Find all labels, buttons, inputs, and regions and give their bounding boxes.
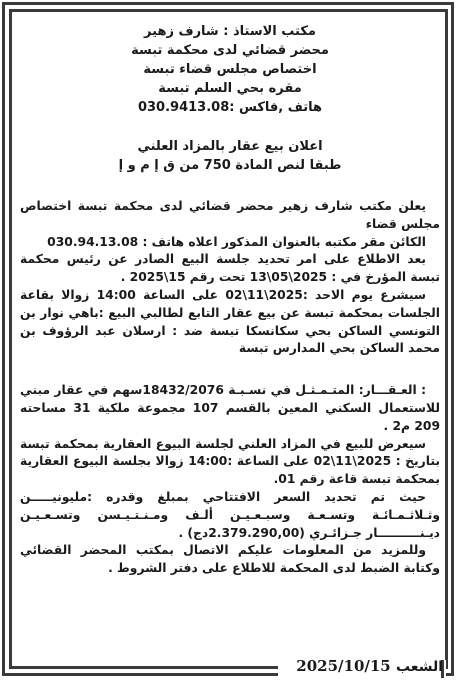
announcement-content: مكتب الاستاذ : شارف زهير محضر قضائي لدى …: [20, 22, 440, 578]
office-role: محضر قضائي لدى محكمة تبسة: [20, 41, 440, 60]
publication-footer: الشعب 2025/10/15: [283, 654, 443, 678]
price-paragraph: حيث تم تحديد السعر الافتتاحي بمبلغ وقدره…: [20, 489, 440, 542]
intro-paragraph: يعلن مكتب شارف زهير محضر قضائي لدى محكمة…: [20, 198, 440, 234]
newspaper-name: الشعب: [396, 659, 443, 675]
office-address: مقره بحي السلم تبسة: [20, 79, 440, 98]
announcement-title: اعلان بيع عقار بالمزاد العلني طبقا لنص ا…: [20, 137, 440, 175]
publication-date: 2025/10/15: [296, 657, 390, 675]
title-line-1: اعلان بيع عقار بالمزاد العلني: [20, 137, 440, 156]
office-phone: هاتف ,فاكس :030.9413.08: [20, 98, 440, 117]
office-jurisdiction: اختصاص مجلس قضاء تبسة: [20, 60, 440, 79]
order-paragraph: بعد الاطلاع على امر تحديد جلسة البيع الص…: [20, 251, 440, 287]
session-paragraph: سيشرع يوم الاحد :2025\11\02 على الساعة 1…: [20, 287, 440, 358]
auction-paragraph: سيعرض للبيع في المزاد العلني لجلسة البيو…: [20, 436, 440, 489]
contact-paragraph: وللمزيد من المعلومات عليكم الاتصال بمكتب…: [20, 542, 440, 578]
office-name: مكتب الاستاذ : شارف زهير: [20, 22, 440, 41]
office-header: مكتب الاستاذ : شارف زهير محضر قضائي لدى …: [20, 22, 440, 117]
address-paragraph: الكائن مقر مكتبه بالعنوان المذكور اعلاه …: [20, 234, 440, 252]
title-line-2: طبقا لنص المادة 750 من ق إ م و إ: [20, 156, 440, 175]
property-paragraph: : العـقـــار: المتـمـثـل في نسـبـة 18432…: [20, 382, 440, 435]
